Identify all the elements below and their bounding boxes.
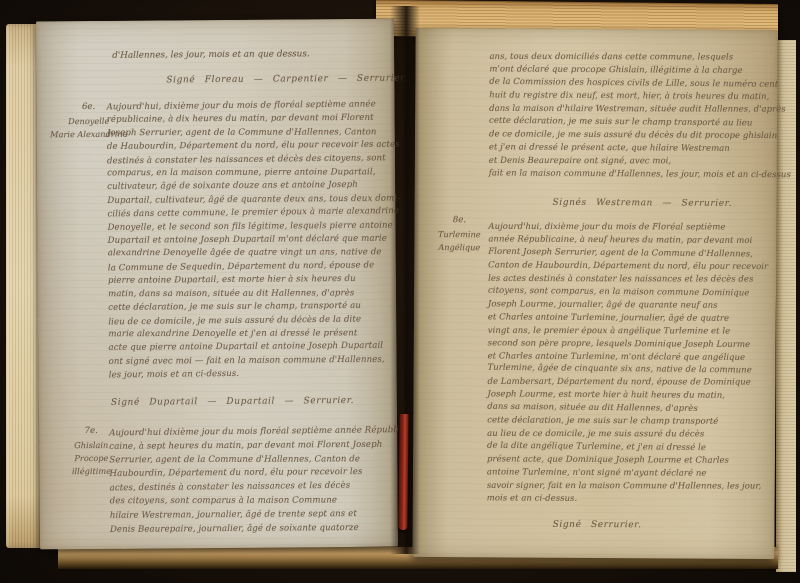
- signature-line: Signés Westreman — Serrurier.: [553, 198, 733, 209]
- handwritten-line: fait en la maison commune d'Hallennes, l…: [489, 167, 773, 182]
- handwritten-line: caine, à sept heures du matin, par devan…: [109, 438, 403, 454]
- handwritten-line: savoir signer, fait en la maison Commune…: [487, 480, 773, 494]
- handwritten-line: Joseph Serrurier, agent de la Commune d'…: [107, 126, 401, 140]
- photo-background: d'Hallennes, les jour, mois et an que de…: [0, 0, 800, 583]
- handwritten-line: des citoyens, sont comparus à la maison …: [110, 494, 404, 509]
- handwritten-line: Aujourd'hui, dixième jour du mois de Flo…: [488, 221, 774, 235]
- signature-line: Signé Dupartail — Dupartail — Serrurier.: [111, 396, 354, 408]
- signature-line: Signé Floreau — Carpentier — Serrurier,: [166, 73, 407, 85]
- handwritten-line: Canton de Haubourdin, Département du nor…: [488, 259, 774, 274]
- act8-paragraph: Aujourd'hui, dixième jour du mois de Flo…: [487, 220, 775, 507]
- right-page: ans, tous deux domiciliés dans cette com…: [412, 28, 777, 559]
- handwritten-line: huit du registre dix neuf, est mort, hie…: [489, 89, 773, 104]
- handwritten-line: citoyens, sont comparus, en la maison co…: [488, 284, 774, 300]
- handwritten-line: républicaine, à dix heures du matin, par…: [107, 112, 401, 128]
- act7-continued-paragraph: ans, tous deux domiciliés dans cette com…: [489, 50, 774, 181]
- handwritten-line: Joseph Lourme, journalier, âgé de quaran…: [488, 298, 774, 313]
- left-page: d'Hallennes, les jour, mois et an que de…: [36, 19, 398, 550]
- handwritten-line: antoine Turlemine, n'ont signé m'ayant d…: [487, 466, 773, 481]
- handwritten-line: mois et an ci-dessus.: [487, 492, 773, 507]
- opening-line: d'Hallennes, les jour, mois et an que de…: [112, 49, 310, 61]
- handwritten-line: ans, tous deux domiciliés dans cette com…: [489, 51, 773, 65]
- handwritten-line: cette déclaration, je me suis sur le cha…: [489, 114, 773, 130]
- handwritten-line: les jour, mois et an ci-dessus.: [109, 366, 403, 383]
- handwritten-line: matin, dans sa maison, située au dit Hal…: [108, 287, 402, 301]
- handwritten-line: de Lambersart, Département du nord, épou…: [487, 376, 773, 390]
- act6-paragraph: Aujourd'hui, dixième jour du mois de flo…: [107, 99, 403, 383]
- handwritten-line: de ce domicile, je me suis assuré du déc…: [489, 128, 773, 143]
- handwritten-line: et Denis Beaurepaire ont signé, avec moi…: [489, 154, 773, 168]
- handwritten-line: vingt ans, le premier époux à angélique …: [488, 324, 774, 338]
- handwritten-line: et j'en ai dressé le présent acte, que h…: [489, 141, 773, 156]
- handwritten-line: Denis Beaurepaire, journalier, âgé de so…: [110, 521, 404, 537]
- handwritten-line: Serrurier, agent de la Commune d'Hallenn…: [109, 453, 403, 468]
- ribbon-bookmark: [398, 414, 408, 530]
- act7-paragraph: Aujourd'hui dixième jour du mois floréal…: [109, 425, 404, 538]
- handwritten-line: et Charles antoine Turlemine, journalier…: [488, 311, 774, 326]
- handwritten-line: comparus, en la maison commune, pierre a…: [107, 166, 401, 180]
- signature-line: Signé Serrurier.: [553, 520, 642, 531]
- handwritten-line: marie alexandrine Denoyelle et j'en ai d…: [108, 327, 402, 341]
- right-page-stack-edge: [776, 40, 796, 572]
- handwritten-line: second son père propre, lesquels Dominiq…: [488, 337, 774, 352]
